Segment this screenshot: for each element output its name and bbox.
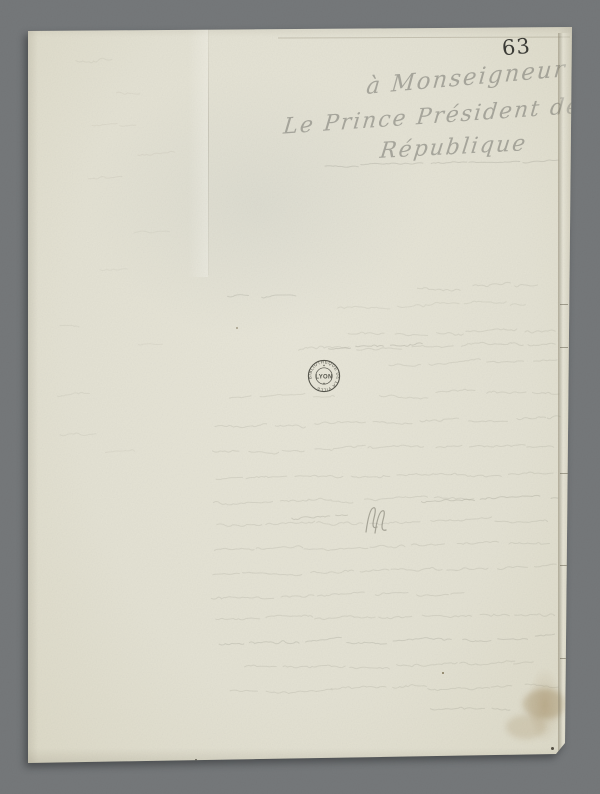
bleedthrough-line [431,161,467,163]
bleedthrough-line [535,634,554,636]
bleedthrough-line [469,445,525,448]
bleedthrough-line [266,521,315,525]
bleedthrough-line [317,521,363,526]
bleedthrough-line [311,570,354,574]
bleedthrough-line [428,687,490,691]
stamp-dot-bottom [323,383,324,384]
bleedthrough-line [417,594,449,596]
bleedthrough-line [466,329,517,333]
bleedthrough-line [527,446,554,448]
stitch-tick [560,565,568,566]
bleedthrough-line [360,569,389,572]
bleedthrough-line [92,123,117,125]
bleedthrough-line [245,665,277,668]
bleedthrough-line [331,686,386,690]
bleedthrough-line [457,541,498,544]
bleedthrough-line [338,306,390,310]
bleedthrough-line [429,359,481,366]
bleedthrough-line [246,476,287,479]
bleedthrough-line [396,663,457,667]
bleedthrough-line [357,347,402,350]
bleedthrough-line [275,425,305,429]
bleedthrough-line [523,160,558,163]
bleedthrough-line [370,545,405,548]
stitch-tick [560,658,568,659]
bleedthrough-line [491,686,512,688]
bleedthrough-line [373,421,412,425]
bleedthrough-line [393,684,427,688]
bleedthrough-dark-stroke [366,508,386,533]
bleedthrough-line [510,303,525,305]
bleedthrough-line [336,515,348,516]
bleedthrough-line [262,295,296,298]
bleedthrough-line [100,269,128,271]
bleedthrough-line [215,424,267,429]
bleedthrough-line [368,445,424,449]
stitch-tick [560,304,568,305]
foxing-speck [442,672,444,674]
bleedthrough-line [350,667,390,670]
bleedthrough-line [498,638,528,640]
bleedthrough-line [60,325,79,327]
bleedthrough-line [249,451,279,455]
bleedthrough-line [534,360,558,362]
bleedthrough-line [304,547,368,551]
bleedthrough-line [525,684,558,689]
bleedthrough-line [517,417,546,420]
stitch-tick [560,347,568,348]
bleedthrough-line [105,450,134,453]
bleedthrough-line [509,542,550,545]
bleedthrough-line [356,345,384,347]
bleedthrough-line [508,472,553,475]
bleedthrough-line [292,516,330,520]
bleedthrough-line [411,543,444,546]
bleedthrough-line [266,689,332,694]
library-stamp: BIBLIOTHEQUE DE LA VILLE LYON [300,352,348,400]
stamp-dot-top [323,365,324,366]
bleedthrough-line [463,639,491,642]
bleedthrough-line [473,282,510,287]
bleedthrough-line [437,332,464,336]
bleedthrough-line [134,231,169,234]
bleedthrough-line [213,500,272,505]
bleedthrough-line [397,302,459,308]
bleedthrough-line [436,445,462,447]
bleedthrough-line [528,343,555,346]
bleedthrough-line [364,496,427,501]
bleedthrough-line [480,495,540,499]
stitch-tick [560,473,568,474]
bleedthrough-line [138,151,175,155]
bleedthrough-line [315,615,376,619]
bleedthrough-line [515,614,555,617]
bleedthrough-line [447,567,488,570]
bleedthrough-line [412,345,453,348]
bleedthrough-line [211,596,273,600]
bleedthrough-line [430,707,484,710]
bleedthrough-line [217,523,262,527]
bleedthrough-line [525,330,555,333]
bleedthrough-line [281,595,314,598]
bleedthrough-line [422,614,471,618]
stain-bottom-right-2 [506,715,546,739]
bleedthrough-line [361,162,423,165]
foxing-speck [236,327,238,329]
bleedthrough-line [492,708,510,711]
bleedthrough-line [282,450,304,452]
foxing-speck [551,747,554,750]
bleedthrough-line [120,125,136,126]
bleedthrough-line [452,472,501,477]
bleedthrough-line [227,294,248,297]
bleedthrough-line [391,567,442,571]
bleedthrough-line [88,176,122,179]
bleedthrough-line [347,642,387,645]
bleedthrough-line [348,332,384,335]
bleedthrough-line [213,573,240,575]
bleedthrough-line [417,287,460,292]
paper-sheet: 63 à Monseigneur Le Prince Président de … [28,27,572,764]
bleedthrough-line [351,475,390,478]
bleedthrough-line [295,475,343,479]
bleedthrough-line [283,665,345,669]
bleedthrough-line [469,420,508,422]
bleedthrough-line [514,662,534,664]
bleedthrough-line [229,396,251,398]
bleedthrough-line [469,161,520,163]
bleedthrough-line [393,637,451,641]
bleedthrough-line [532,392,559,395]
bleedthrough-line [495,520,548,523]
bleedthrough-line [315,421,366,424]
bleedthrough-line [389,364,421,367]
bleedthrough-line [242,571,301,576]
bleedthrough-line [216,618,260,621]
bleedthrough-line [379,616,412,619]
bleedthrough-line [214,548,254,551]
bleedthrough-line [420,418,459,422]
bleedthrough-line [462,342,524,347]
bleedthrough-line [460,661,515,666]
bleedthrough-line [216,477,243,479]
bleedthrough-line [487,391,526,394]
bleedthrough-line [325,165,358,167]
bleedthrough-line [60,433,96,436]
bleedthrough-line [117,92,140,95]
bleedthrough-line [379,394,427,399]
bleedthrough-line [305,637,341,642]
foxing-speck [195,759,197,762]
stamp-center-text: LYON [315,374,332,380]
bleedthrough-line [451,593,464,594]
bleedthrough-line [256,546,303,550]
bleedthrough-line [375,592,408,595]
bleedthrough-line [138,343,162,345]
bleedthrough-line [395,333,427,336]
bleedthrough-line [317,592,364,596]
bleedthrough-line [57,392,89,396]
bleedthrough-line [212,450,239,452]
bleedthrough-line [315,445,365,450]
bleedthrough-line [515,284,538,287]
bleedthrough-line [249,640,299,644]
bleedthrough-line [497,566,527,569]
bleedthrough-line [266,615,313,618]
bleedthrough-line [551,498,558,499]
bleedthrough-line [464,301,506,304]
bleedthrough-line [280,498,331,502]
bleedthrough-line [219,643,244,645]
bleedthrough-line [534,564,556,567]
bleedthrough-line [260,393,305,396]
bleedthrough-line [230,690,257,692]
bleedthrough-line [436,389,475,392]
bleedthrough-line [487,361,524,363]
archive-photo-background: 63 à Monseigneur Le Prince Président de … [0,0,600,794]
bleedthrough-line [76,58,112,63]
bleedthrough-line [480,614,509,617]
bleedthrough-line [397,473,452,476]
bleedthrough-line [431,517,492,522]
bleedthrough-line [421,499,474,503]
second-sheet-edge-strip [558,33,572,757]
bleedthrough-line [331,500,353,503]
